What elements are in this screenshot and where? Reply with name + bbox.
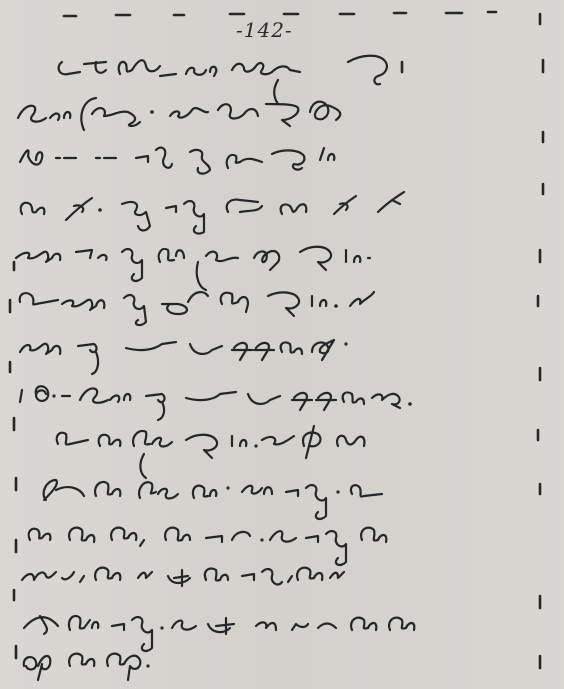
shorthand-line-8	[20, 386, 412, 420]
shorthand-line-1	[59, 56, 402, 104]
shorthand-line-3	[20, 148, 334, 174]
shorthand-line-6	[20, 292, 374, 325]
shorthand-line-10	[44, 480, 382, 519]
shorthand-line-7	[20, 340, 348, 374]
shorthand-line-4	[21, 192, 404, 234]
shorthand-line-5	[16, 247, 370, 290]
top-dash-row	[64, 12, 540, 24]
shorthand-line-2	[18, 98, 340, 130]
scanned-page: -142-	[0, 0, 564, 689]
shorthand-line-12	[22, 568, 344, 586]
shorthand-line-13	[24, 616, 414, 651]
shorthand-line-14	[24, 654, 150, 680]
shorthand-line-11	[29, 528, 387, 565]
shorthand-strokes	[0, 0, 564, 689]
shorthand-line-9	[57, 426, 365, 478]
